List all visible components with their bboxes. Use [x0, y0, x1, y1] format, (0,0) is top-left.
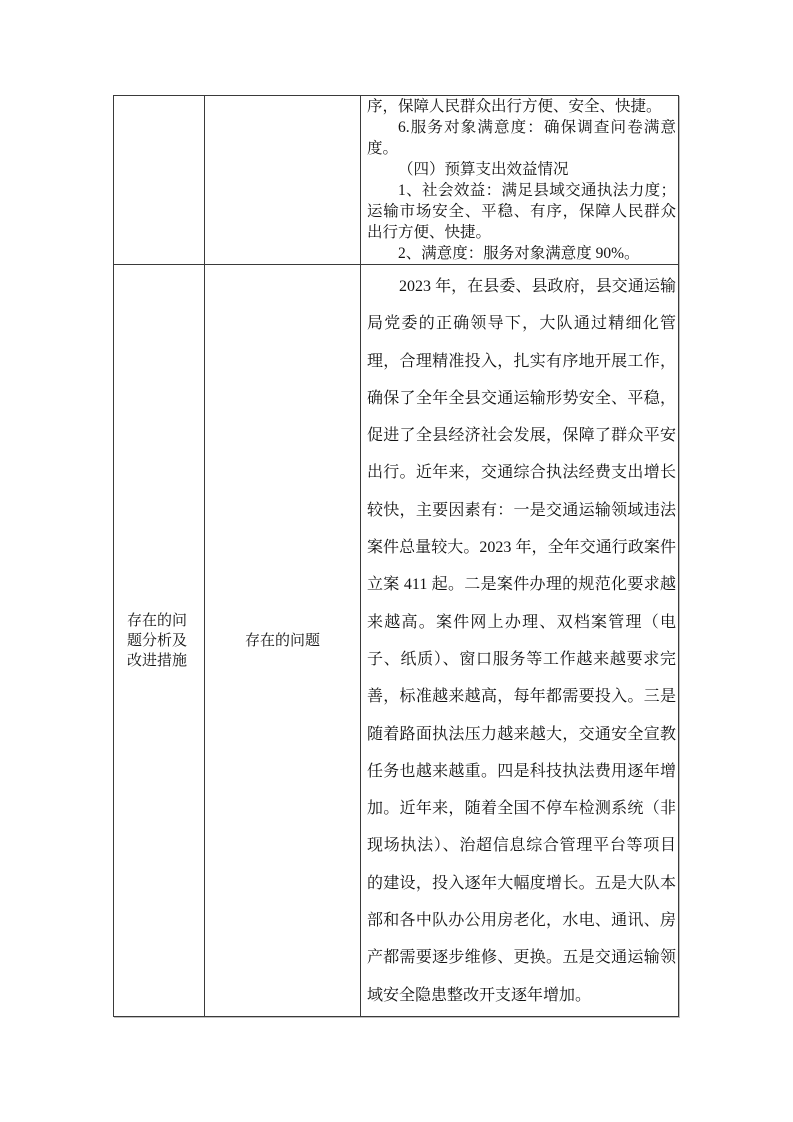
- performance-report-table: 序，保障人民群众出行方便、安全、快捷。6.服务对象满意度：确保调查问卷满意度。（…: [113, 95, 679, 1017]
- paragraph: 序，保障人民群众出行方便、安全、快捷。: [367, 96, 676, 117]
- cell-row1-empty-middle: [204, 96, 360, 264]
- paragraph: 2023 年，在县委、县政府，县交通运输局党委的正确领导下，大队通过精细化管理，…: [367, 268, 676, 1014]
- cell-problems-section-header: 存在的问题分析及改进措施: [114, 264, 204, 1016]
- document-page: 序，保障人民群众出行方便、安全、快捷。6.服务对象满意度：确保调查问卷满意度。（…: [0, 0, 793, 1122]
- paragraph: 2、满意度：服务对象满意度 90%。: [367, 243, 676, 264]
- cell-benefit-continuation-text: 序，保障人民群众出行方便、安全、快捷。6.服务对象满意度：确保调查问卷满意度。（…: [360, 96, 678, 264]
- cell-problems-analysis-text: 2023 年，在县委、县政府，县交通运输局党委的正确领导下，大队通过精细化管理，…: [360, 264, 678, 1016]
- paragraph: （四）预算支出效益情况: [367, 159, 676, 180]
- paragraph: 6.服务对象满意度：确保调查问卷满意度。: [367, 117, 676, 159]
- cell-row1-empty-left: [114, 96, 204, 264]
- problems-subheader-label: 存在的问题: [245, 631, 320, 651]
- problems-section-header-label: 存在的问题分析及改进措施: [127, 611, 191, 671]
- cell-problems-subheader: 存在的问题: [204, 264, 360, 1016]
- paragraph: 1、社会效益：满足县域交通执法力度；运输市场安全、平稳、有序，保障人民群众出行方…: [367, 180, 676, 243]
